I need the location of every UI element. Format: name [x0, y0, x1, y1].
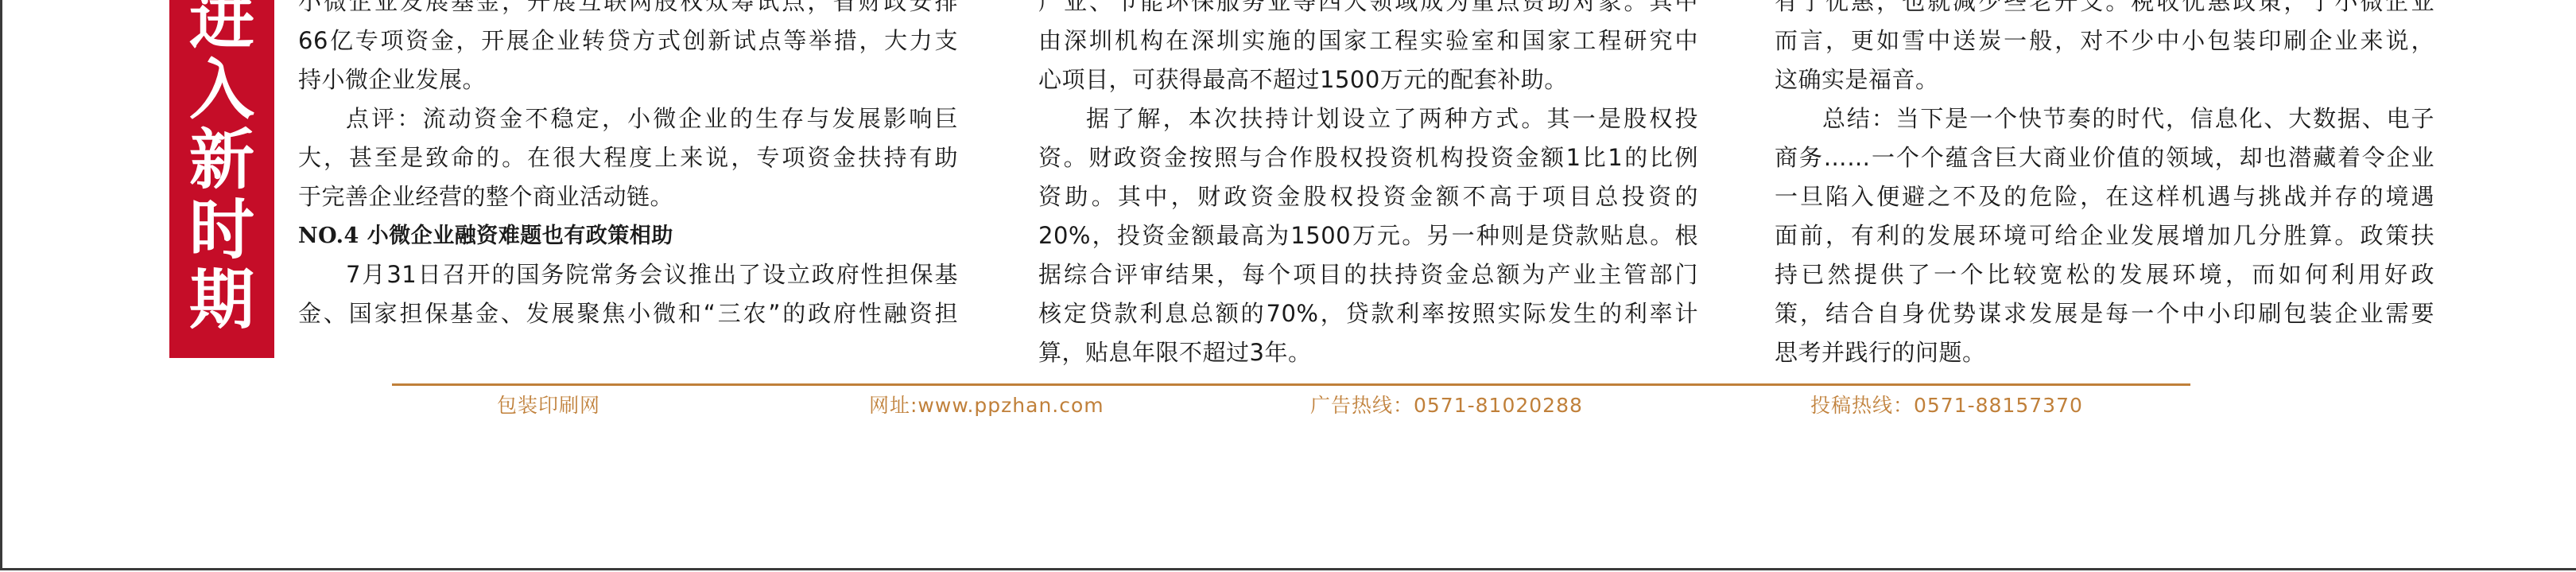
footer-site-name: 包装印刷网 [497, 392, 600, 419]
footer-submission-hotline: 投稿热线：0571-88157370 [1810, 392, 2083, 419]
paragraph-line: 总结：当下是一个快节奏的时代，信息化、大数据、电子 [1775, 99, 2434, 138]
footer-website-link[interactable]: 网址:www.ppzhan.com [869, 392, 1104, 419]
paragraph-line: 思考并践行的问题。 [1775, 333, 2434, 372]
paragraph-line: 产业、节能环保服务业等四大领域成为重点资助对象。其中 [1038, 0, 1698, 21]
paragraph-line: 点评：流动资金不稳定，小微企业的生存与发展影响巨 [298, 99, 958, 138]
paragraph-line: 心项目，可获得最高不超过1500万元的配套补助。 [1038, 60, 1698, 99]
section-title-banner: 进 入 新 时 期 [169, 0, 274, 358]
banner-char: 新 [169, 126, 274, 196]
paragraph-line: 算，贴息年限不超过3年。 [1038, 333, 1698, 372]
paragraph-line: 核定贷款利息总额的70%，贷款利率按照实际发生的利率计 [1038, 294, 1698, 333]
article-column-3: 有了优惠，也就减少些老开支。税收优惠政策，于小微企业而言，更如雪中送炭一般，对不… [1775, 0, 2434, 372]
paragraph-line: 策，结合自身优势谋求发展是每一个中小印刷包装企业需要 [1775, 294, 2434, 333]
article-column-1: 小微企业发展基金，开展互联网股权众筹试点，省财政安排66亿专项资金，开展企业转贷… [298, 0, 958, 333]
paragraph-line: 有了优惠，也就减少些老开支。税收优惠政策，于小微企业 [1775, 0, 2434, 21]
paragraph-line: 大，甚至是致命的。在很大程度上来说，专项资金扶持有助 [298, 138, 958, 177]
footer-ad-hotline: 广告热线：0571-81020288 [1310, 392, 1583, 419]
paragraph-line: 而言，更如雪中送炭一般，对不少中小包装印刷企业来说， [1775, 21, 2434, 60]
paragraph-line: 7月31日召开的国务院常务会议推出了设立政府性担保基 [298, 255, 958, 294]
paragraph-line: 小微企业发展基金，开展互联网股权众筹试点，省财政安排 [298, 0, 958, 21]
paragraph-line: 这确实是福音。 [1775, 60, 2434, 99]
paragraph-line: 持小微企业发展。 [298, 60, 958, 99]
paragraph-line: 持已然提供了一个比较宽松的发展环境，而如何利用好政 [1775, 255, 2434, 294]
paragraph-line: 66亿专项资金，开展企业转贷方式创新试点等举措，大力支 [298, 21, 958, 60]
paragraph-line: 据了解，本次扶持计划设立了两种方式。其一是股权投 [1038, 99, 1698, 138]
paragraph-line: 商务……一个个蕴含巨大商业价值的领域，却也潜藏着令企业 [1775, 138, 2434, 177]
paragraph-line: 由深圳机构在深圳实施的国家工程实验室和国家工程研究中 [1038, 21, 1698, 60]
paragraph-line: 一旦陷入便避之不及的危险，在这样机遇与挑战并存的境遇 [1775, 177, 2434, 216]
paragraph-line: 资。财政资金按照与合作股权投资机构投资金额1比1的比例 [1038, 138, 1698, 177]
paragraph-line: 20%，投资金额最高为1500万元。另一种则是贷款贴息。根 [1038, 216, 1698, 255]
paragraph-line: 于完善企业经营的整个商业活动链。 [298, 177, 958, 216]
banner-char: 期 [169, 266, 274, 336]
paragraph-line: 据综合评审结果，每个项目的扶持资金总额为产业主管部门 [1038, 255, 1698, 294]
article-column-2: 产业、节能环保服务业等四大领域成为重点资助对象。其中由深圳机构在深圳实施的国家工… [1038, 0, 1698, 372]
banner-char: 时 [169, 196, 274, 266]
banner-char: 入 [169, 56, 274, 126]
paragraph-line: 面前，有利的发展环境可给企业发展增加几分胜算。政策扶 [1775, 216, 2434, 255]
paragraph-line: 金、国家担保基金、发展聚焦小微和“三农”的政府性融资担 [298, 294, 958, 333]
banner-char: 进 [169, 0, 274, 56]
footer-divider [392, 383, 2190, 386]
paragraph-line: 资助。其中，财政资金股权投资金额不高于项目总投资的 [1038, 177, 1698, 216]
section-heading: NO.4 小微企业融资难题也有政策相助 [298, 216, 958, 255]
